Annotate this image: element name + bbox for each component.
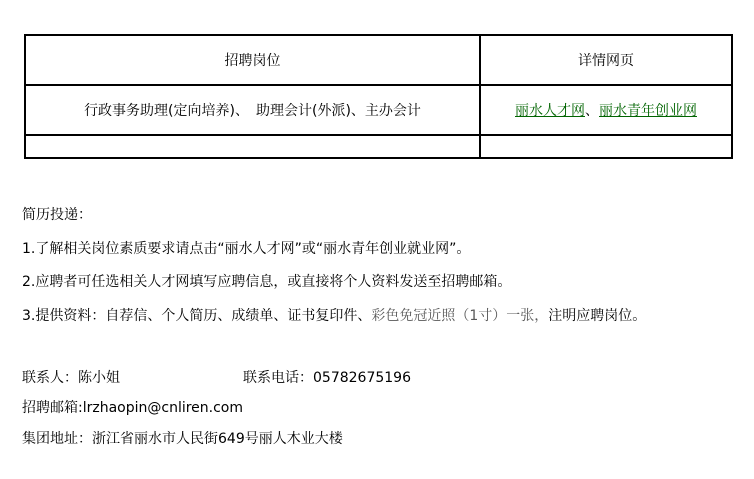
empty-cell-position	[25, 135, 480, 158]
links-cell: 丽水人才网、丽水青年创业网	[480, 85, 732, 135]
recruitment-notice-page: 招聘岗位 详情网页 行政事务助理(定向培养)、 助理会计(外派)、主办会计 丽水…	[0, 0, 754, 479]
table-body-row: 行政事务助理(定向培养)、 助理会计(外派)、主办会计 丽水人才网、丽水青年创业…	[25, 85, 732, 135]
instruction-item-2: 2.应聘者可任选相关人才网填写应聘信息，或直接将个人资料发送至招聘邮箱。	[22, 273, 511, 291]
contact-person: 联系人：陈小姐	[22, 369, 120, 387]
link-separator: 、	[585, 103, 599, 119]
link-lishui-talent-web[interactable]: 丽水人才网	[515, 103, 585, 119]
instruction-item-3-prefix: 3.提供资料：自荐信、个人简历、成绩单、证书复印件、	[22, 308, 371, 324]
table-header-position: 招聘岗位	[25, 35, 480, 85]
empty-cell-webpage	[480, 135, 732, 158]
recruitment-table: 招聘岗位 详情网页 行政事务助理(定向培养)、 助理会计(外派)、主办会计 丽水…	[24, 34, 733, 159]
instruction-item-1: 1.了解相关岗位素质要求请点击“丽水人才网”或“丽水青年创业就业网”。	[22, 240, 470, 258]
contact-phone: 联系电话：05782675196	[243, 369, 411, 387]
table-empty-row	[25, 135, 732, 158]
table-header-row: 招聘岗位 详情网页	[25, 35, 732, 85]
positions-cell: 行政事务助理(定向培养)、 助理会计(外派)、主办会计	[25, 85, 480, 135]
group-address: 集团地址：浙江省丽水市人民街649号丽人木业大楼	[22, 430, 343, 448]
instruction-item-3-suffix: 注明应聘岗位。	[548, 308, 646, 324]
table-header-webpage: 详情网页	[480, 35, 732, 85]
resume-section-heading: 简历投递：	[22, 206, 92, 224]
instruction-item-3: 3.提供资料：自荐信、个人简历、成绩单、证书复印件、彩色免冠近照（1寸）一张，注…	[22, 307, 646, 325]
recruit-email: 招聘邮箱:lrzhaopin@cnliren.com	[22, 399, 243, 417]
link-lishui-youth-startup-web[interactable]: 丽水青年创业网	[599, 103, 697, 119]
instruction-item-3-photo-note: 彩色免冠近照（1寸）一张，	[371, 308, 548, 324]
